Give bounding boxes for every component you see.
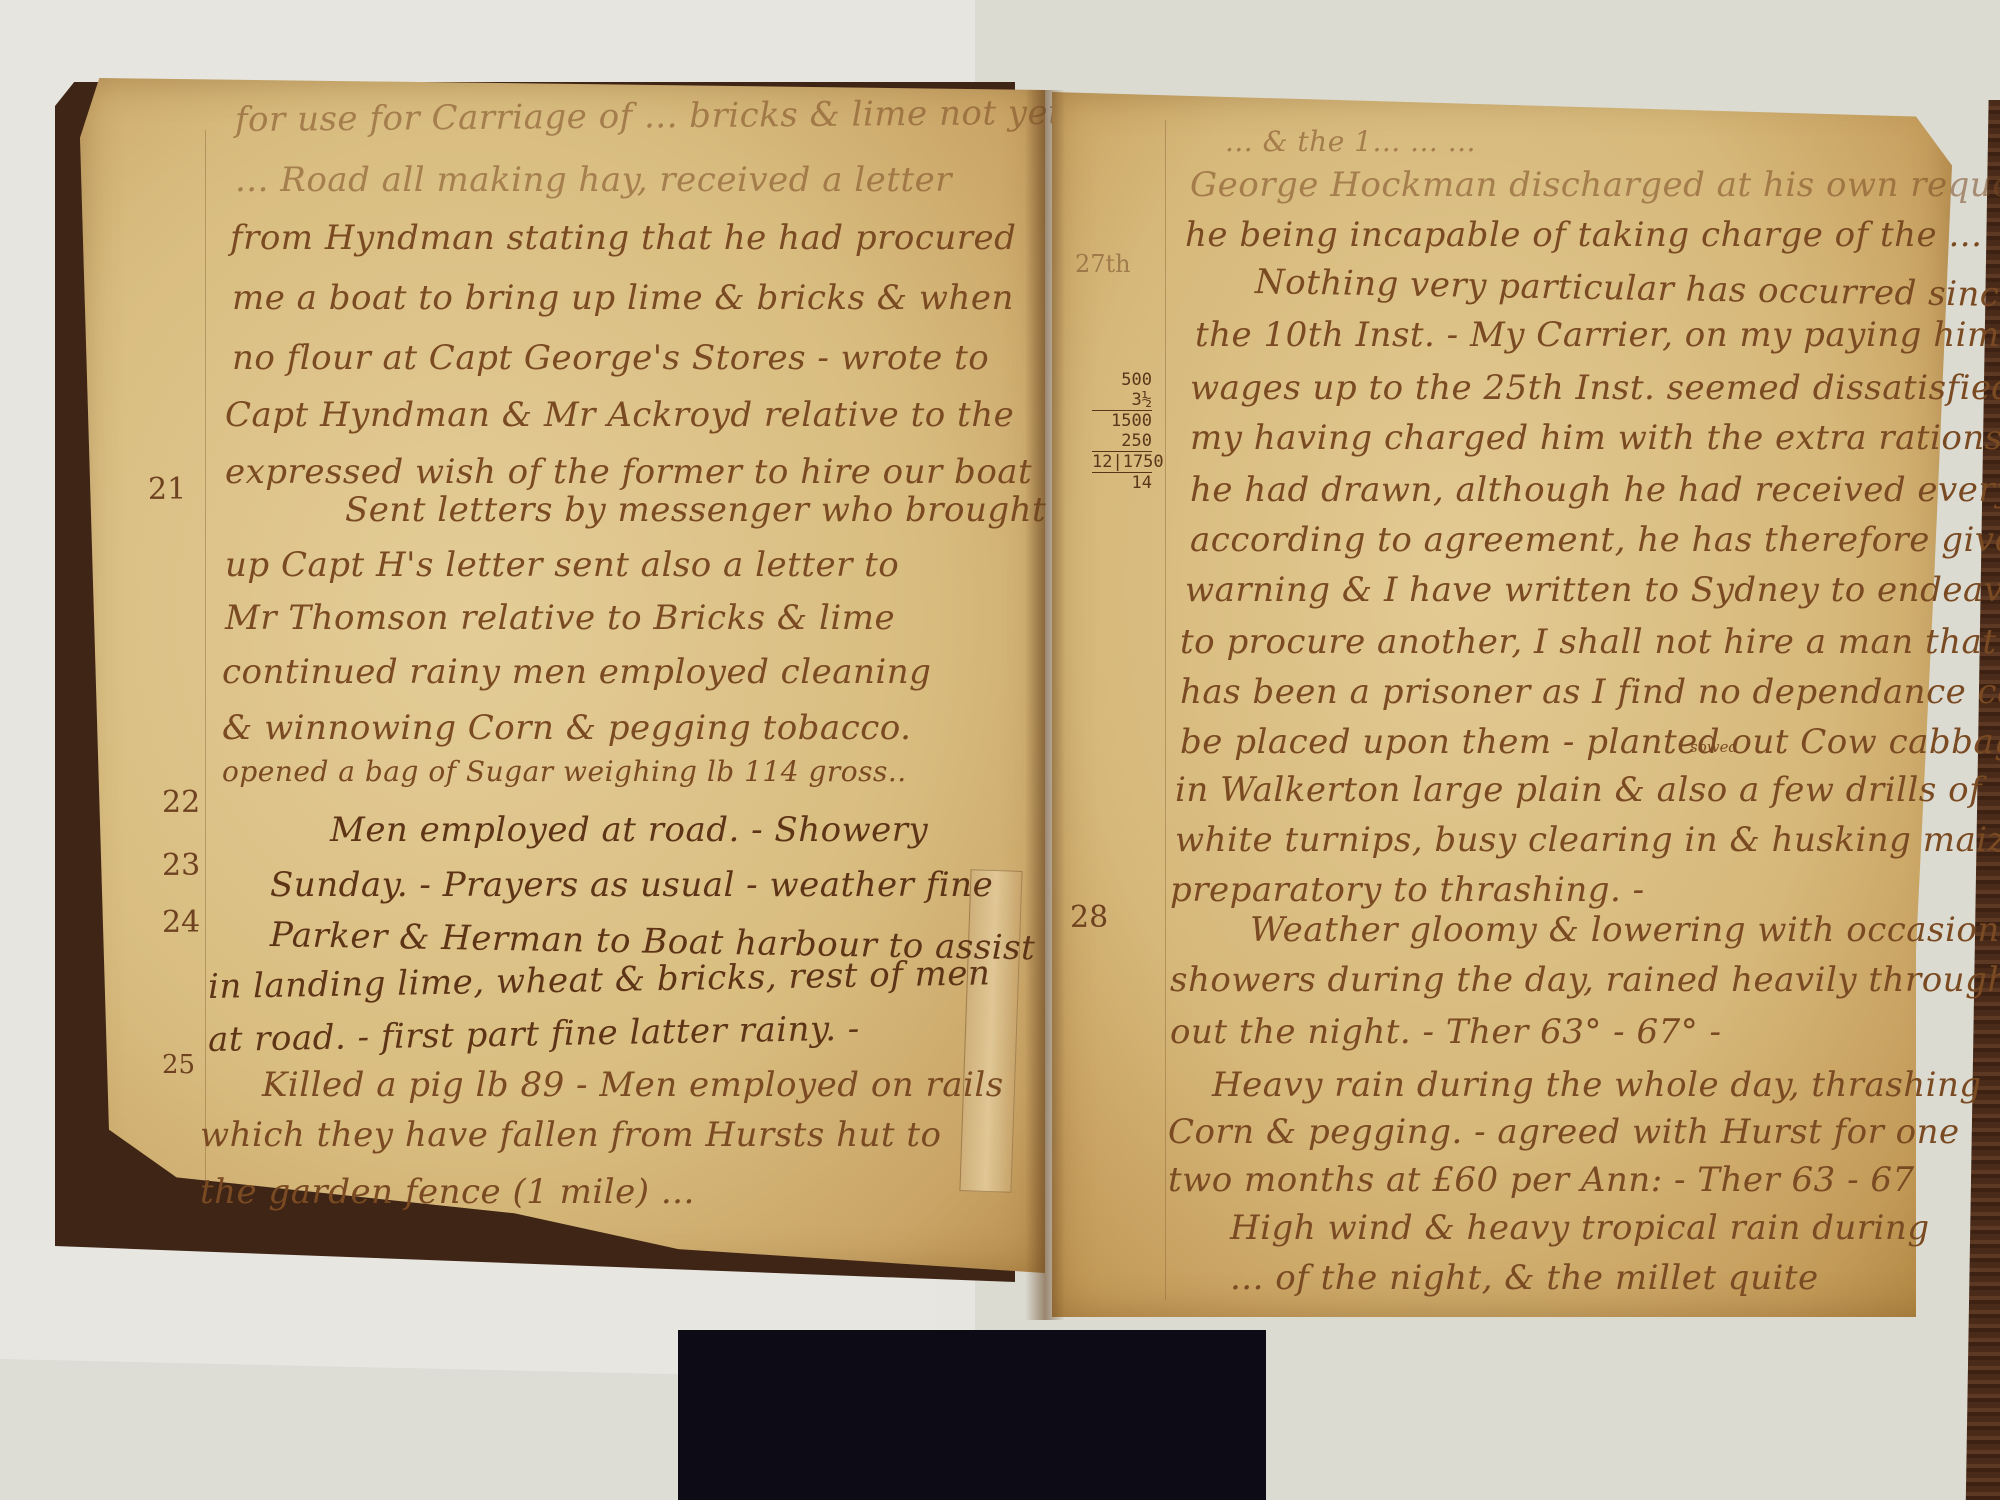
journal-line: for use for Carriage of ... bricks & lim… xyxy=(235,93,1063,140)
entry-date: 27th xyxy=(1075,250,1131,278)
journal-line: no flour at Capt George's Stores - wrote… xyxy=(232,338,989,378)
calc-value: 3½ xyxy=(1092,390,1152,410)
journal-line: from Hyndman stating that he had procure… xyxy=(230,218,1016,258)
journal-line: which they have fallen from Hursts hut t… xyxy=(200,1115,941,1155)
journal-line: the 10th Inst. - My Carrier, on my payin… xyxy=(1195,315,2000,355)
journal-line: wages up to the 25th Inst. seemed dissat… xyxy=(1190,368,2000,408)
journal-line: be placed upon them - planted out Cow ca… xyxy=(1180,722,2000,762)
journal-line: according to agreement, he has therefore… xyxy=(1190,520,2000,560)
left-margin-rule xyxy=(205,130,206,1180)
journal-line: opened a bag of Sugar weighing lb 114 gr… xyxy=(222,755,907,788)
right-margin-rule xyxy=(1165,120,1166,1300)
black-reference-card xyxy=(678,1330,1266,1500)
journal-line: two months at £60 per Ann: - Ther 63 - 6… xyxy=(1168,1160,1915,1200)
journal-line: he had drawn, although he had received e… xyxy=(1190,470,2000,510)
journal-line: out the night. - Ther 63° - 67° - xyxy=(1170,1012,1722,1052)
journal-line: warning & I have written to Sydney to en… xyxy=(1185,570,2000,610)
entry-date: 24 xyxy=(162,905,200,940)
calc-value: 500 xyxy=(1092,370,1152,390)
journal-line: George Hockman discharged at his own req… xyxy=(1190,165,2000,205)
journal-line: white turnips, busy clearing in & huskin… xyxy=(1175,820,2000,860)
entry-date: 22 xyxy=(162,785,200,820)
journal-line: Mr Thomson relative to Bricks & lime xyxy=(225,598,895,638)
journal-line: ... of the night, & the millet quite xyxy=(1230,1258,1819,1298)
journal-line: High wind & heavy tropical rain during xyxy=(1230,1208,1930,1248)
journal-line: expressed wish of the former to hire our… xyxy=(225,452,1032,492)
calc-value: 12|1750 xyxy=(1092,451,1152,472)
journal-line: Heavy rain during the whole day, thrashi… xyxy=(1212,1065,1982,1105)
journal-line: has been a prisoner as I find no dependa… xyxy=(1180,672,2000,712)
journal-line: up Capt H's letter sent also a letter to xyxy=(225,545,899,585)
journal-line: Men employed at road. - Showery xyxy=(330,810,928,850)
journal-line: in Walkerton large plain & also a few dr… xyxy=(1175,770,1982,810)
journal-line: he being incapable of taking charge of t… xyxy=(1185,215,1982,255)
margin-calculation: 500 3½ 1500 250 12|1750 14 xyxy=(1092,370,1152,493)
entry-date: 25 xyxy=(162,1050,195,1080)
journal-line: the garden fence (1 mile) ... xyxy=(200,1172,695,1212)
journal-line: to procure another, I shall not hire a m… xyxy=(1180,622,1997,662)
journal-line: Sunday. - Prayers as usual - weather fin… xyxy=(270,865,993,905)
interlinear-insertion: sowed xyxy=(1690,738,1738,756)
journal-line: preparatory to thrashing. - xyxy=(1170,870,1645,910)
calc-value: 14 xyxy=(1092,472,1152,493)
journal-line: ... & the 1... ... ... xyxy=(1225,125,1476,158)
journal-line: & winnowing Corn & pegging tobacco. xyxy=(222,708,911,748)
journal-line: continued rainy men employed cleaning xyxy=(222,652,931,692)
calc-value: 250 xyxy=(1092,431,1152,451)
journal-line: Weather gloomy & lowering with occasiona… xyxy=(1250,910,2000,950)
journal-line: Sent letters by messenger who brought xyxy=(345,490,1046,530)
journal-line: my having charged him with the extra rat… xyxy=(1190,418,2000,458)
journal-line: Killed a pig lb 89 - Men employed on rai… xyxy=(262,1065,1004,1105)
journal-line: Capt Hyndman & Mr Ackroyd relative to th… xyxy=(225,395,1014,435)
book-gutter xyxy=(1025,90,1065,1320)
journal-line: Corn & pegging. - agreed with Hurst for … xyxy=(1168,1112,1960,1152)
calc-value: 1500 xyxy=(1092,410,1152,431)
journal-line: me a boat to bring up lime & bricks & wh… xyxy=(232,278,1014,318)
entry-date: 28 xyxy=(1070,900,1108,935)
entry-date: 21 xyxy=(148,472,186,507)
entry-date: 23 xyxy=(162,848,200,883)
journal-line: showers during the day, rained heavily t… xyxy=(1170,960,2000,1000)
journal-line: ... Road all making hay, received a lett… xyxy=(235,160,952,200)
